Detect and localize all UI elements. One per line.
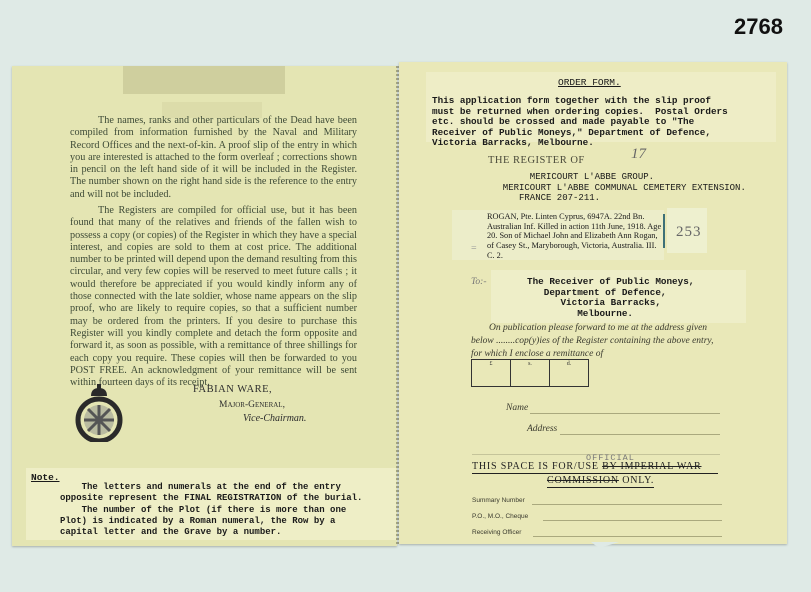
summary-number-label: Summary Number: [472, 497, 525, 504]
slip-proof-entry: ROGAN, Pte. Linten Cyprus, 6947A. 22nd B…: [487, 212, 663, 261]
to-label: To:-: [471, 277, 487, 287]
signature-rank: Major-General,: [219, 400, 285, 410]
left-paragraph-2: The Registers are compiled for official …: [70, 205, 357, 389]
slip-proof-bar: [663, 214, 665, 248]
signature-name: FABIAN WARE,: [193, 384, 272, 395]
commission-struck-text: COMMISSION: [547, 475, 619, 486]
name-field[interactable]: [530, 413, 720, 414]
summary-number-field[interactable]: [532, 504, 722, 505]
payment-field[interactable]: [543, 520, 722, 521]
cemetery-name: MERICOURT L'ABBE GROUP. MERICOURT L'ABBE…: [492, 172, 746, 204]
address-label: Address: [527, 424, 557, 434]
receiving-officer-field[interactable]: [533, 536, 722, 537]
national-scheme-disabled-men-badge-icon: [74, 384, 124, 442]
note-label: Note.: [31, 472, 60, 483]
note-text: The letters and numerals at the end of t…: [60, 482, 362, 538]
order-form-instructions: This application form together with the …: [432, 96, 728, 149]
only-text: ONLY.: [622, 475, 654, 486]
remittance-table[interactable]: £ s. d.: [471, 359, 589, 387]
reference-number: 253: [676, 224, 702, 241]
receiving-officer-label: Receiving Officer: [472, 529, 521, 536]
tape-strip: [123, 66, 285, 94]
name-label: Name: [506, 403, 528, 413]
order-form-title: ORDER FORM.: [558, 77, 621, 88]
shillings-cell[interactable]: s.: [511, 360, 550, 387]
left-paragraph-1: The names, ranks and other particulars o…: [70, 115, 357, 201]
publication-line-1: On publication please forward to me at t…: [471, 322, 741, 335]
catalog-number: 2768: [734, 14, 783, 40]
address-field[interactable]: [560, 434, 720, 435]
correction-mark: =: [471, 243, 477, 254]
payment-label: P.O., M.O., Cheque: [472, 513, 528, 520]
pounds-cell[interactable]: £: [472, 360, 511, 387]
official-space-struck-text: BY IMPERIAL WAR: [602, 461, 701, 472]
pence-cell[interactable]: d.: [550, 360, 589, 387]
pencil-mark: 17: [631, 146, 646, 163]
signature-role: Vice-Chairman.: [243, 413, 306, 424]
publication-line-2: below ........cop(y)ies of the Register …: [471, 335, 741, 348]
publication-request: On publication please forward to me at t…: [471, 322, 741, 361]
register-heading: THE REGISTER OF: [488, 155, 585, 166]
official-space-kept-text: THIS SPACE IS FOR/USE: [472, 461, 599, 472]
page-notch: [591, 542, 619, 548]
receiver-address: The Receiver of Public Moneys, Departmen…: [527, 277, 694, 319]
official-space-line-1: THIS SPACE IS FOR/USE BY IMPERIAL WAR: [472, 461, 718, 474]
official-space-line-2: COMMISSION ONLY.: [547, 475, 654, 488]
